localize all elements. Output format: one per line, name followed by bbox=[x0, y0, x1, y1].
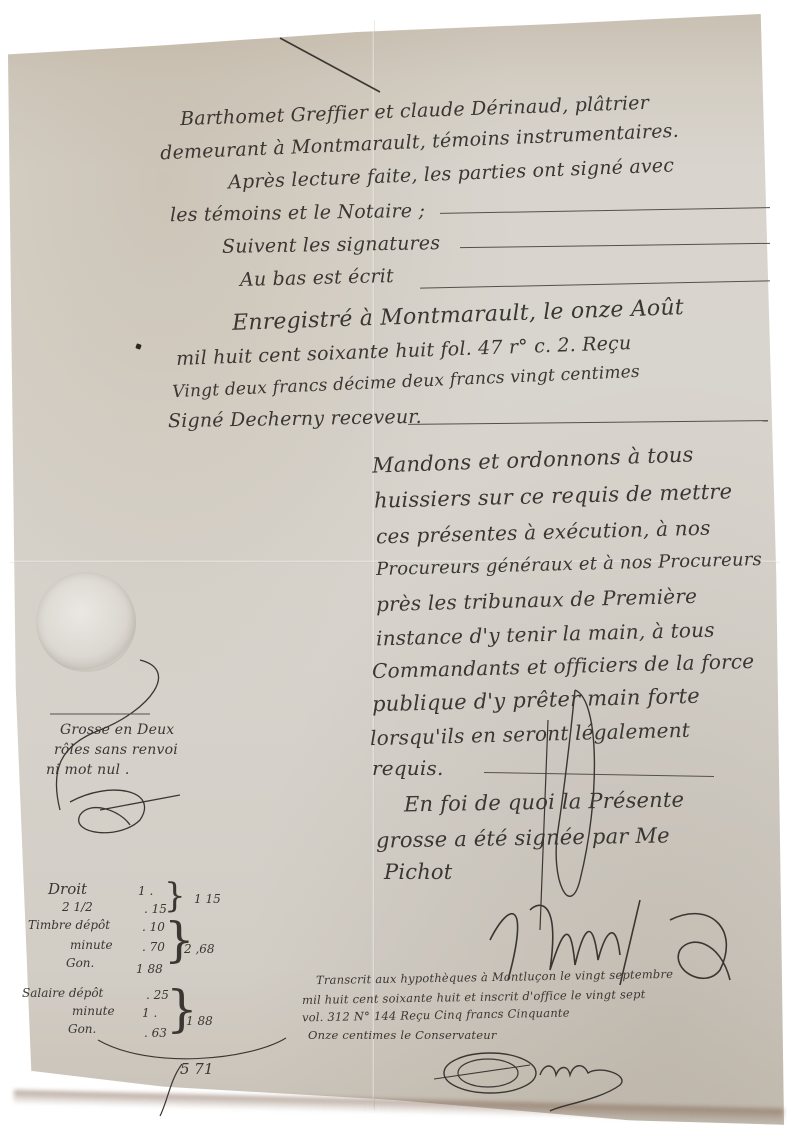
margin-note-line-1: Grosse en Deux bbox=[60, 722, 174, 738]
fee-label-salaire: Salaire dépôt bbox=[22, 986, 103, 1000]
mortgage-line-4: Onze centimes le Conservateur bbox=[308, 1028, 497, 1042]
text-line-10: Signé Decherny receveur. bbox=[168, 406, 422, 432]
fee-grand-total: 5 71 bbox=[180, 1060, 213, 1078]
fee-label-salaire-minute: minute bbox=[72, 1004, 115, 1018]
text-line-4: les témoins et le Notaire ; bbox=[170, 200, 425, 226]
brace-icon: } bbox=[164, 876, 186, 916]
margin-note-line-3: ni mot nul . bbox=[46, 762, 130, 778]
fee-total-timbre: 2 ,68 bbox=[184, 942, 215, 956]
text-line-5: Suivent les signatures bbox=[222, 232, 441, 258]
fee-value-salaire-gon: . 63 bbox=[144, 1026, 167, 1040]
brace-icon: } bbox=[166, 980, 198, 1038]
fee-total-droit: 1 15 bbox=[194, 892, 221, 906]
fee-label-droit: Droit bbox=[48, 880, 87, 898]
text-line-22: grosse a été signée par Me bbox=[376, 823, 670, 852]
fee-label-timbre-minute: minute bbox=[70, 938, 113, 952]
text-line-6: Au bas est écrit bbox=[240, 265, 394, 291]
brace-icon: } bbox=[164, 912, 195, 968]
fee-value-droit: 1 . bbox=[138, 884, 153, 898]
fee-value-salaire-minute: 1 . bbox=[142, 1006, 157, 1020]
fee-value-timbre-minute: . 70 bbox=[142, 940, 165, 954]
fee-value-timbre-gon: 1 88 bbox=[136, 962, 163, 976]
fee-total-salaire: 1 88 bbox=[186, 1014, 213, 1028]
text-line-23: Pichot bbox=[384, 860, 452, 884]
fee-label-salaire-gon: Gon. bbox=[68, 1022, 96, 1036]
fee-value-timbre-depot: . 10 bbox=[142, 920, 165, 934]
fee-label-timbre: Timbre dépôt bbox=[28, 918, 110, 932]
fee-label-timbre-gon: Gon. bbox=[66, 956, 94, 970]
fee-label-2-1-2: 2 1/2 bbox=[62, 900, 93, 914]
text-line-21: En foi de quoi la Présente bbox=[404, 788, 685, 817]
margin-note-line-2: rôles sans renvoi bbox=[54, 742, 178, 758]
document-photo: Barthomet Greffier et claude Dérinaud, p… bbox=[0, 0, 799, 1147]
embossed-seal-icon bbox=[36, 572, 136, 672]
text-line-20: requis. bbox=[372, 756, 444, 780]
